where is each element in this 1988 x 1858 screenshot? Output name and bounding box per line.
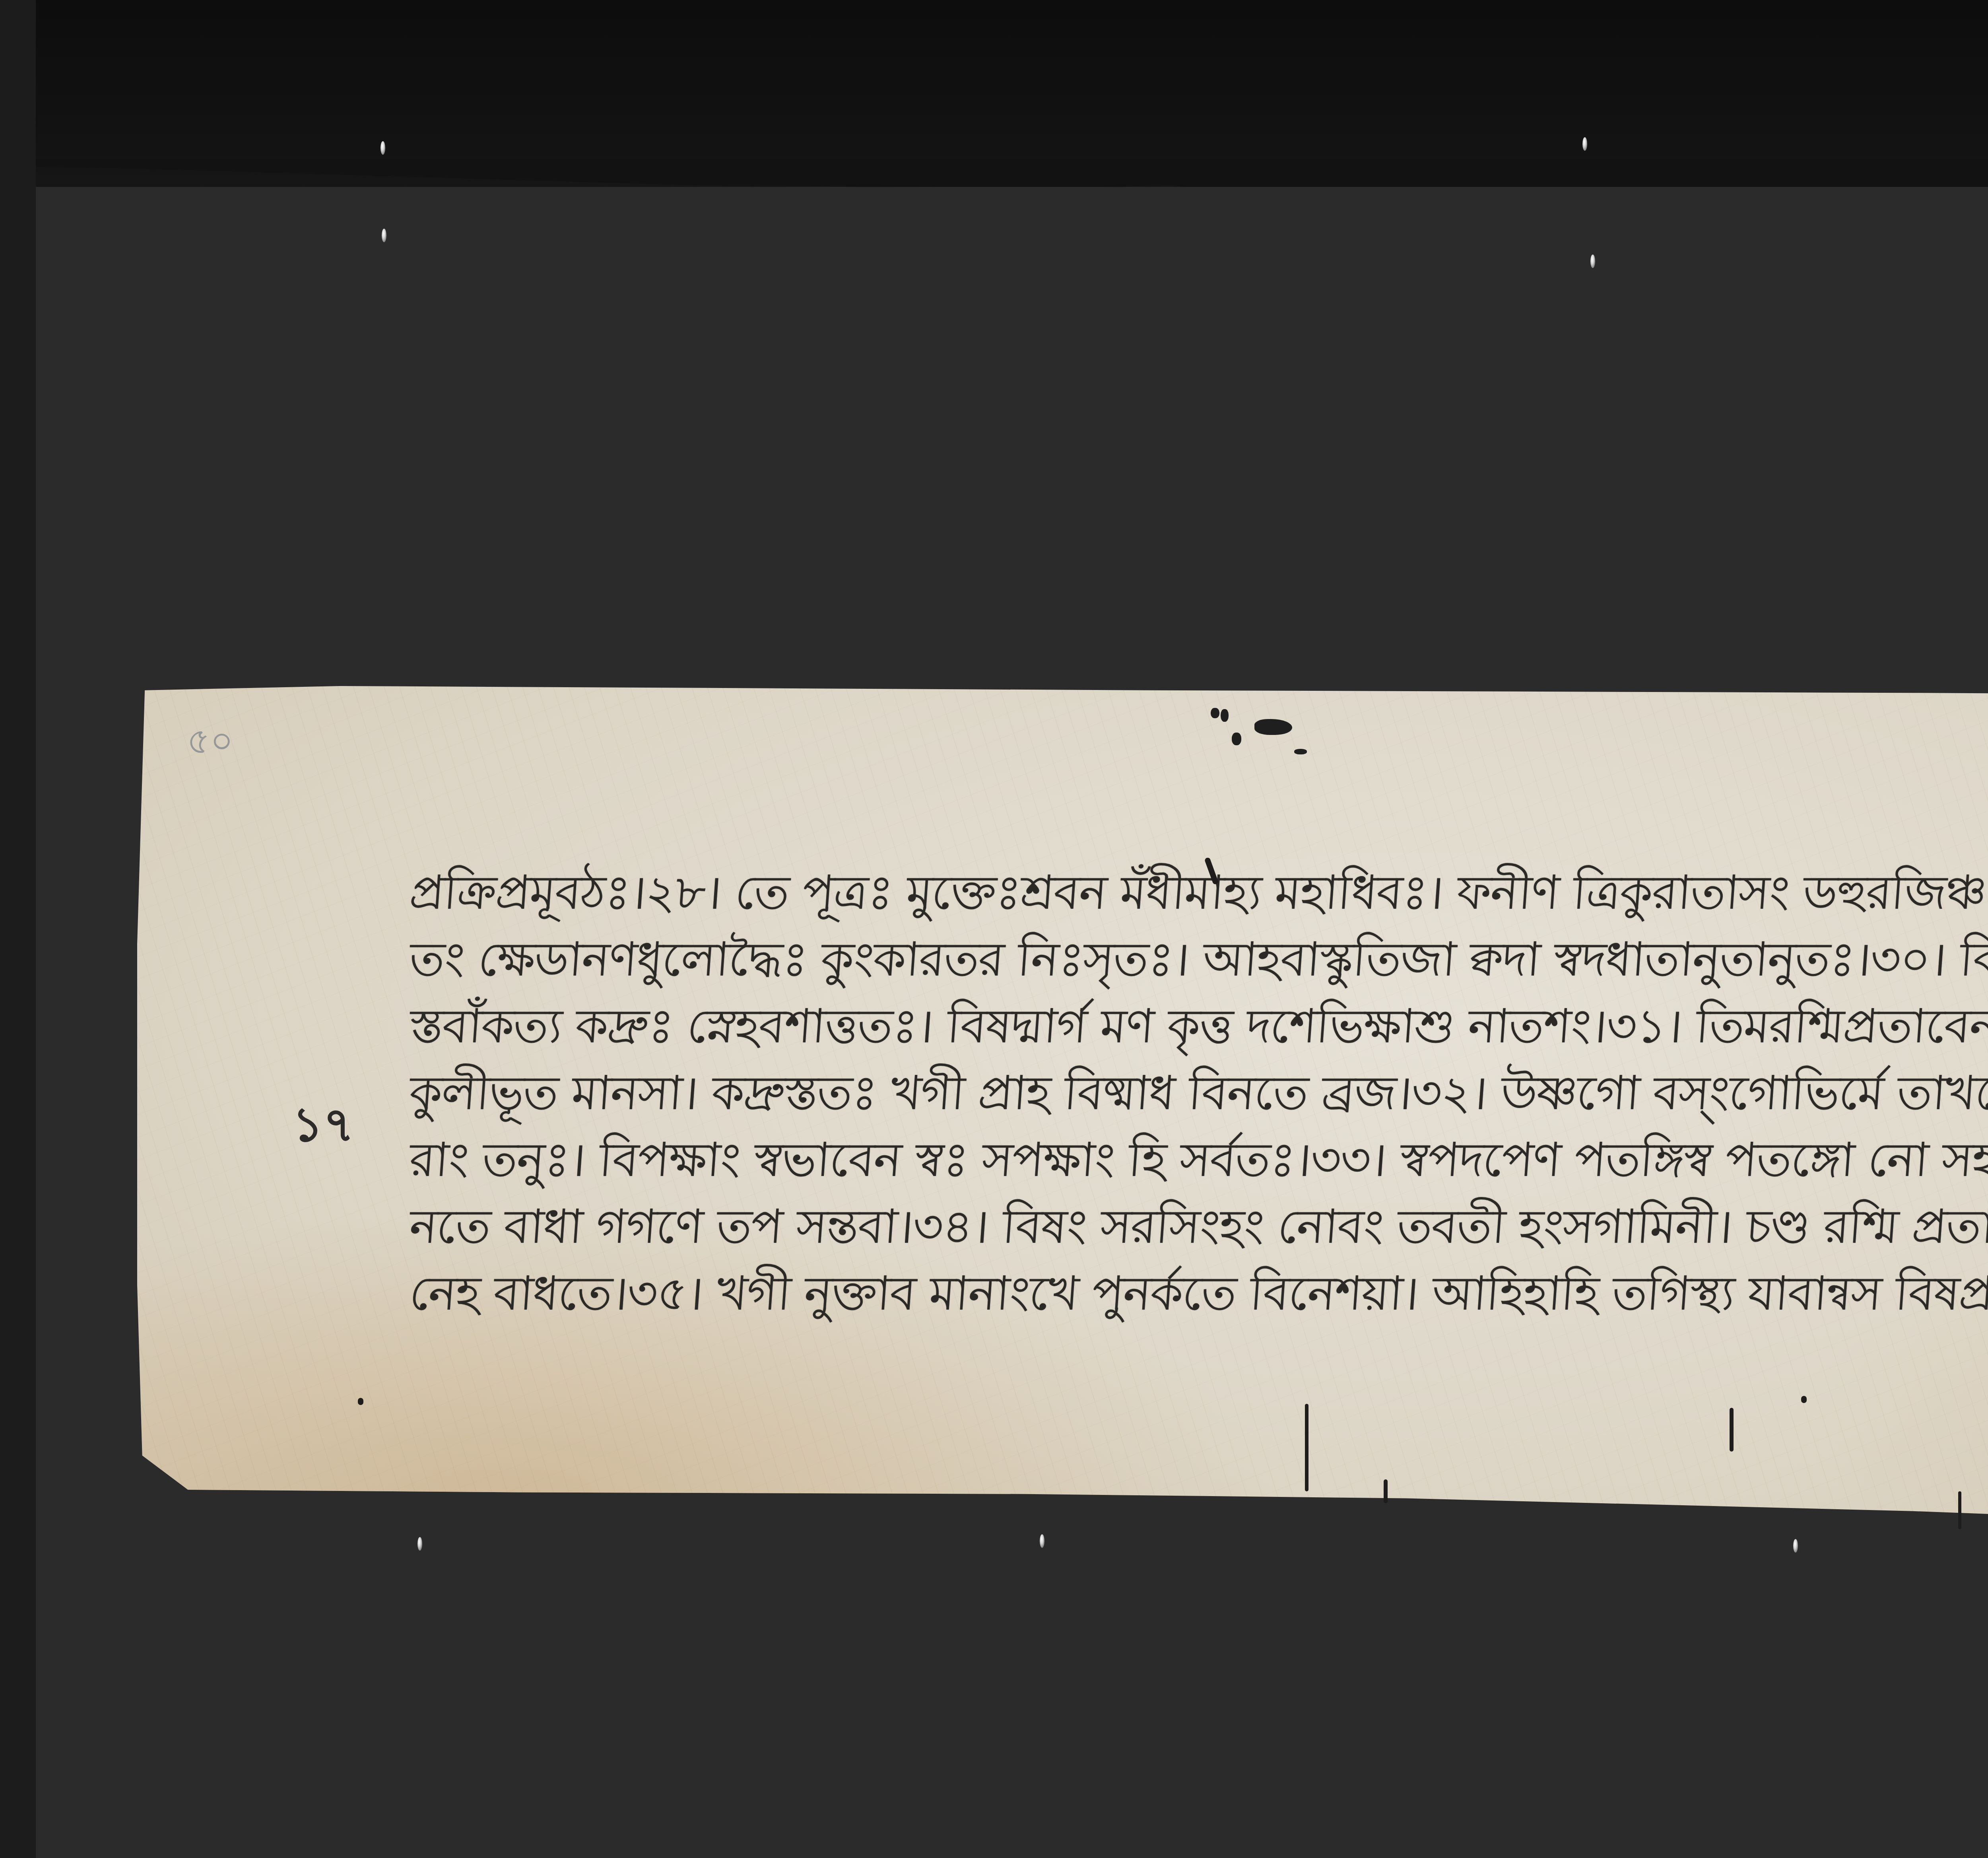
pencil-folio-number: ৫০ — [187, 714, 233, 774]
mounting-pin — [1040, 1534, 1044, 1548]
mounting-pin — [382, 229, 386, 242]
left-edge-strip — [0, 0, 36, 1858]
ink-stroke — [1384, 1479, 1388, 1503]
ink-stroke — [1730, 1408, 1734, 1452]
wormhole — [1221, 709, 1229, 722]
text-line-1: প্রক্রিপ্রমূবঠঃ।২৮। তে পূত্রঃ মুক্তেঃশ্র… — [407, 859, 1988, 926]
text-line-3: স্তবাঁকত্য কদ্রুঃ স্নেহবশাত্ততঃ। বিষদ্মা… — [407, 993, 1988, 1059]
ink-dot — [1801, 1396, 1807, 1403]
text-line-6: নতে বাধা গগণে তপ সন্তবা।৩৪। বিষং সরসিংহং… — [407, 1193, 1988, 1260]
wormhole — [1232, 733, 1241, 745]
wormhole — [1254, 719, 1292, 735]
ink-dot — [358, 1398, 363, 1405]
mounting-pin — [1590, 255, 1595, 268]
mounting-pin — [417, 1537, 422, 1551]
text-line-4: কুলীভূত মানসা। কদ্রুস্ততঃ খগী প্রাহ বিষ্… — [407, 1059, 1988, 1126]
text-line-7: নেহ বাধতে।৩৫। খগী নুক্তাব মানাংখে পুনর্ক… — [407, 1260, 1988, 1327]
wormhole — [1294, 749, 1307, 754]
ink-stroke — [1958, 1491, 1961, 1529]
manuscript-text: প্রক্রিপ্রমূবঠঃ।২৮। তে পূত্রঃ মুক্তেঃশ্র… — [410, 859, 1988, 1327]
text-line-2: তং ক্ষেডানণধুলোদ্ধৈঃ কুংকারতর নিঃসৃতঃ। আ… — [407, 926, 1988, 993]
ink-stroke — [1305, 1404, 1309, 1491]
wormhole — [1211, 708, 1219, 718]
text-line-5: রাং তনুঃ। বিপক্ষাং স্বভাবেন স্বঃ সপক্ষাং… — [407, 1126, 1988, 1193]
margin-page-number: ১৭ — [292, 1088, 354, 1168]
mounting-pin — [1582, 137, 1587, 151]
mounting-pin — [381, 141, 385, 155]
dark-backing-band — [0, 0, 1988, 187]
mounting-pin — [1793, 1539, 1798, 1553]
